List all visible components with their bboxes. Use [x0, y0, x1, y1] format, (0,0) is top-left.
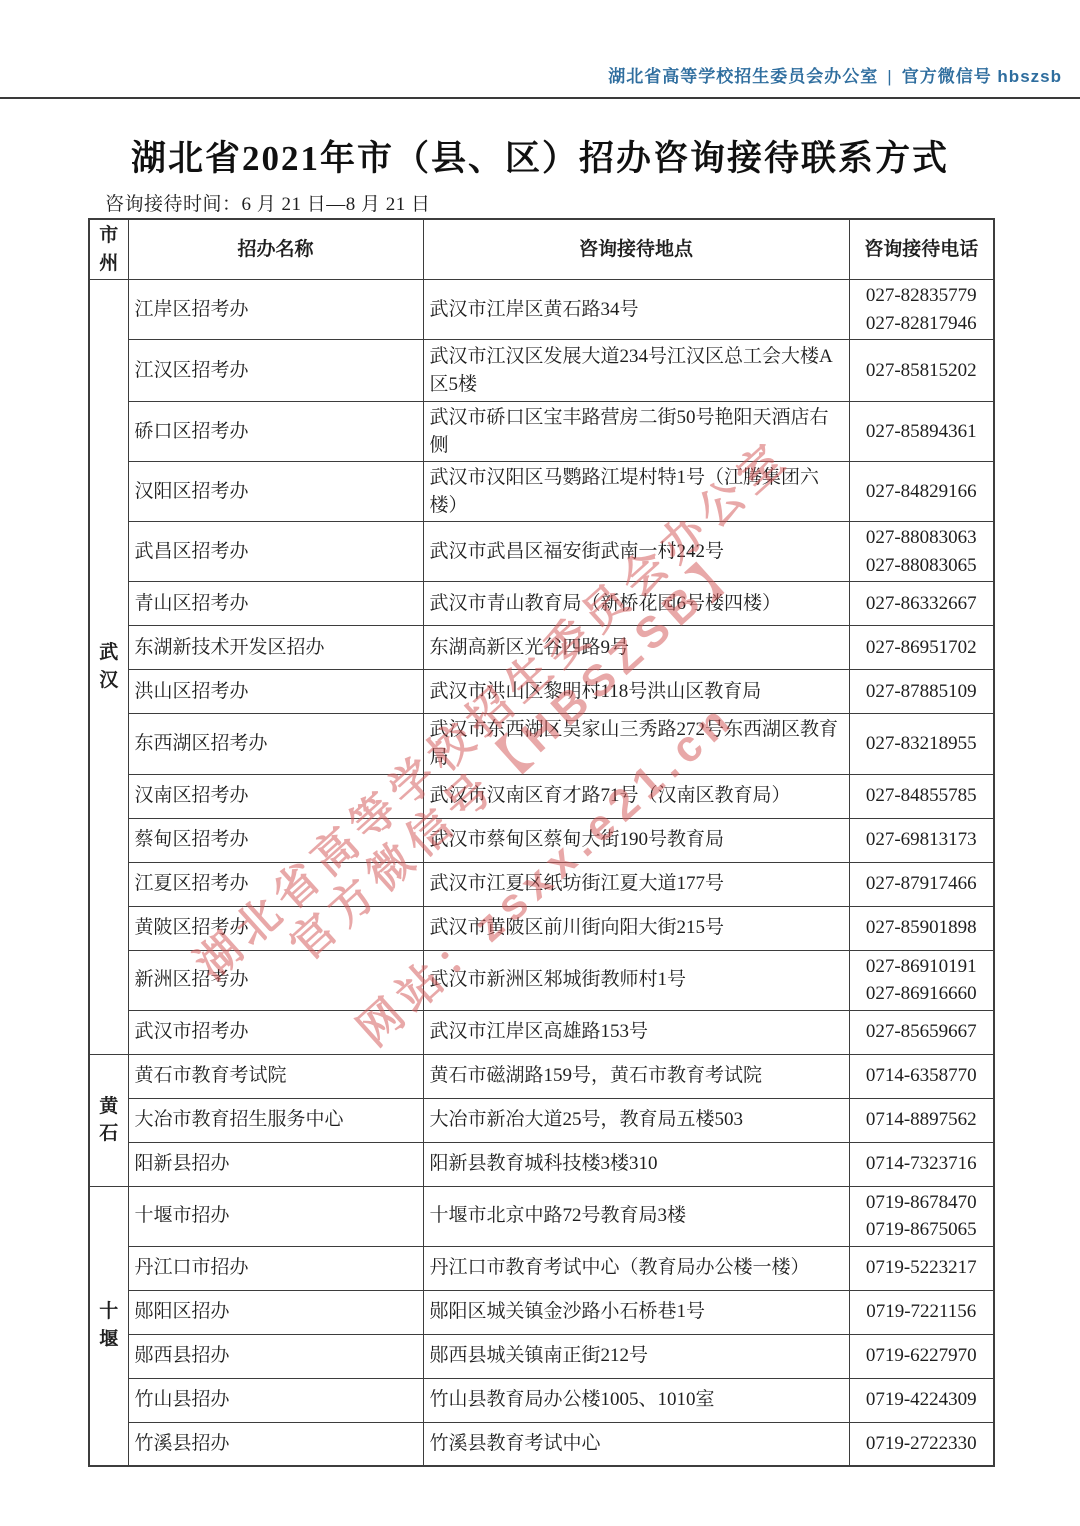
- table-row: 大冶市教育招生服务中心 大冶市新冶大道25号，教育局五楼503 0714-889…: [89, 1098, 994, 1142]
- table-row: 江汉区招考办 武汉市江汉区发展大道234号江汉区总工会大楼A区5楼 027-85…: [89, 340, 994, 402]
- phone-cell: 027-82835779 027-82817946: [849, 280, 994, 340]
- phone-cell: 0714-6358770: [849, 1054, 994, 1098]
- city-cell-wuhan: 武汉: [89, 280, 128, 1055]
- table-row: 汉南区招考办 武汉市汉南区育才路71号（汉南区教育局） 027-84855785: [89, 774, 994, 818]
- address-cell: 武汉市江岸区高雄路153号: [423, 1010, 849, 1054]
- address-cell: 郧阳区城关镇金沙路小石桥巷1号: [423, 1290, 849, 1334]
- phone-cell: 0714-8897562: [849, 1098, 994, 1142]
- phone-cell: 027-86951702: [849, 626, 994, 670]
- table-row: 十堰 十堰市招办 十堰市北京中路72号教育局3楼 0719-8678470 07…: [89, 1186, 994, 1246]
- office-cell: 竹溪县招办: [128, 1422, 423, 1466]
- phone-line: 0719-8675065: [856, 1216, 988, 1244]
- col-header-office: 招办名称: [128, 219, 423, 280]
- consultation-time: 咨询接待时间：6 月 21 日—8 月 21 日: [105, 189, 431, 216]
- col-header-phone: 咨询接待电话: [849, 219, 994, 280]
- masthead: 湖北省高等学校招生委员会办公室|官方微信号 hbszsb: [0, 62, 1062, 87]
- office-cell: 武汉市招考办: [128, 1010, 423, 1054]
- phone-cell: 027-84829166: [849, 462, 994, 522]
- office-cell: 江夏区招考办: [128, 862, 423, 906]
- office-cell: 黄陂区招考办: [128, 906, 423, 950]
- address-cell: 武汉市青山教育局（新桥花园6号楼四楼）: [423, 582, 849, 626]
- phone-cell: 027-87885109: [849, 670, 994, 714]
- address-cell: 十堰市北京中路72号教育局3楼: [423, 1186, 849, 1246]
- phone-cell: 027-87917466: [849, 862, 994, 906]
- phone-line: 027-88083065: [856, 552, 988, 580]
- phone-line: 027-86910191: [856, 953, 988, 981]
- office-cell: 郧西县招办: [128, 1334, 423, 1378]
- document-page: 湖北省高等学校招生委员会办公室|官方微信号 hbszsb 湖北省2021年市（县…: [0, 0, 1080, 1526]
- address-cell: 武汉市武昌区福安街武南一村242号: [423, 522, 849, 582]
- table-row: 东湖新技术开发区招办 东湖高新区光谷四路9号 027-86951702: [89, 626, 994, 670]
- masthead-divider: |: [887, 67, 892, 86]
- table-row: 蔡甸区招考办 武汉市蔡甸区蔡甸大街190号教育局 027-69813173: [89, 818, 994, 862]
- address-cell: 武汉市硚口区宝丰路营房二街50号艳阳天酒店右侧: [423, 402, 849, 462]
- table-row: 阳新县招办 阳新县教育城科技楼3楼310 0714-7323716: [89, 1142, 994, 1186]
- phone-cell: 027-85901898: [849, 906, 994, 950]
- address-cell: 武汉市江岸区黄石路34号: [423, 280, 849, 340]
- phone-cell: 0719-8678470 0719-8675065: [849, 1186, 994, 1246]
- masthead-wechat-label: 官方微信号 hbszsb: [902, 67, 1062, 86]
- table-row: 武汉 江岸区招考办 武汉市江岸区黄石路34号 027-82835779 027-…: [89, 280, 994, 340]
- phone-cell: 027-85894361: [849, 402, 994, 462]
- phone-cell: 027-85815202: [849, 340, 994, 402]
- phone-cell: 0719-4224309: [849, 1378, 994, 1422]
- address-cell: 武汉市黄陂区前川街向阳大街215号: [423, 906, 849, 950]
- office-cell: 阳新县招办: [128, 1142, 423, 1186]
- table-row: 东西湖区招考办 武汉市东西湖区吴家山三秀路272号东西湖区教育局 027-832…: [89, 714, 994, 774]
- phone-cell: 027-69813173: [849, 818, 994, 862]
- city-cell-shiyan: 十堰: [89, 1186, 128, 1466]
- office-cell: 黄石市教育考试院: [128, 1054, 423, 1098]
- phone-cell: 027-86332667: [849, 582, 994, 626]
- table-row: 竹溪县招办 竹溪县教育考试中心 0719-2722330: [89, 1422, 994, 1466]
- table-row: 郧阳区招办 郧阳区城关镇金沙路小石桥巷1号 0719-7221156: [89, 1290, 994, 1334]
- table-row: 硚口区招考办 武汉市硚口区宝丰路营房二街50号艳阳天酒店右侧 027-85894…: [89, 402, 994, 462]
- office-cell: 郧阳区招办: [128, 1290, 423, 1334]
- office-cell: 蔡甸区招考办: [128, 818, 423, 862]
- contact-table: 市州 招办名称 咨询接待地点 咨询接待电话 武汉 江岸区招考办 武汉市江岸区黄石…: [88, 218, 995, 1467]
- phone-cell: 027-85659667: [849, 1010, 994, 1054]
- table-row: 洪山区招考办 武汉市洪山区黎明村118号洪山区教育局 027-87885109: [89, 670, 994, 714]
- phone-cell: 0719-5223217: [849, 1246, 994, 1290]
- phone-cell: 0719-7221156: [849, 1290, 994, 1334]
- page-title: 湖北省2021年市（县、区）招办咨询接待联系方式: [0, 131, 1080, 181]
- phone-cell: 027-84855785: [849, 774, 994, 818]
- office-cell: 江岸区招考办: [128, 280, 423, 340]
- table-row: 汉阳区招考办 武汉市汉阳区马鹦路江堤村特1号（江腾集团六楼） 027-84829…: [89, 462, 994, 522]
- masthead-rule: [0, 97, 1080, 99]
- table-row: 武汉市招考办 武汉市江岸区高雄路153号 027-85659667: [89, 1010, 994, 1054]
- office-cell: 江汉区招考办: [128, 340, 423, 402]
- table-row: 竹山县招办 竹山县教育局办公楼1005、1010室 0719-4224309: [89, 1378, 994, 1422]
- table-row: 江夏区招考办 武汉市江夏区纸坊街江夏大道177号 027-87917466: [89, 862, 994, 906]
- office-cell: 硚口区招考办: [128, 402, 423, 462]
- office-cell: 汉南区招考办: [128, 774, 423, 818]
- phone-cell: 027-83218955: [849, 714, 994, 774]
- office-cell: 十堰市招办: [128, 1186, 423, 1246]
- phone-line: 027-82817946: [856, 310, 988, 338]
- address-cell: 竹山县教育局办公楼1005、1010室: [423, 1378, 849, 1422]
- address-cell: 武汉市江夏区纸坊街江夏大道177号: [423, 862, 849, 906]
- address-cell: 东湖高新区光谷四路9号: [423, 626, 849, 670]
- office-cell: 东西湖区招考办: [128, 714, 423, 774]
- office-cell: 青山区招考办: [128, 582, 423, 626]
- office-cell: 新洲区招考办: [128, 950, 423, 1010]
- phone-line: 0719-8678470: [856, 1189, 988, 1217]
- table-row: 黄石 黄石市教育考试院 黄石市磁湖路159号，黄石市教育考试院 0714-635…: [89, 1054, 994, 1098]
- office-cell: 东湖新技术开发区招办: [128, 626, 423, 670]
- table-row: 青山区招考办 武汉市青山教育局（新桥花园6号楼四楼） 027-86332667: [89, 582, 994, 626]
- office-cell: 竹山县招办: [128, 1378, 423, 1422]
- phone-cell: 0719-6227970: [849, 1334, 994, 1378]
- address-cell: 阳新县教育城科技楼3楼310: [423, 1142, 849, 1186]
- address-cell: 武汉市新洲区邾城街教师村1号: [423, 950, 849, 1010]
- table-row: 丹江口市招办 丹江口市教育考试中心（教育局办公楼一楼） 0719-5223217: [89, 1246, 994, 1290]
- address-cell: 武汉市洪山区黎明村118号洪山区教育局: [423, 670, 849, 714]
- address-cell: 黄石市磁湖路159号，黄石市教育考试院: [423, 1054, 849, 1098]
- address-cell: 丹江口市教育考试中心（教育局办公楼一楼）: [423, 1246, 849, 1290]
- col-header-city: 市州: [89, 219, 128, 280]
- address-cell: 武汉市蔡甸区蔡甸大街190号教育局: [423, 818, 849, 862]
- table-header-row: 市州 招办名称 咨询接待地点 咨询接待电话: [89, 219, 994, 280]
- table-row: 郧西县招办 郧西县城关镇南正街212号 0719-6227970: [89, 1334, 994, 1378]
- office-cell: 丹江口市招办: [128, 1246, 423, 1290]
- address-cell: 大冶市新冶大道25号，教育局五楼503: [423, 1098, 849, 1142]
- phone-cell: 027-86910191 027-86916660: [849, 950, 994, 1010]
- masthead-office-label: 湖北省高等学校招生委员会办公室: [608, 67, 878, 86]
- phone-cell: 027-88083063 027-88083065: [849, 522, 994, 582]
- address-cell: 武汉市东西湖区吴家山三秀路272号东西湖区教育局: [423, 714, 849, 774]
- phone-line: 027-82835779: [856, 282, 988, 310]
- address-cell: 竹溪县教育考试中心: [423, 1422, 849, 1466]
- table-row: 黄陂区招考办 武汉市黄陂区前川街向阳大街215号 027-85901898: [89, 906, 994, 950]
- address-cell: 武汉市江汉区发展大道234号江汉区总工会大楼A区5楼: [423, 340, 849, 402]
- city-cell-huangshi: 黄石: [89, 1054, 128, 1186]
- table-row: 新洲区招考办 武汉市新洲区邾城街教师村1号 027-86910191 027-8…: [89, 950, 994, 1010]
- address-cell: 武汉市汉南区育才路71号（汉南区教育局）: [423, 774, 849, 818]
- phone-cell: 0714-7323716: [849, 1142, 994, 1186]
- address-cell: 郧西县城关镇南正街212号: [423, 1334, 849, 1378]
- office-cell: 汉阳区招考办: [128, 462, 423, 522]
- table-row: 武昌区招考办 武汉市武昌区福安街武南一村242号 027-88083063 02…: [89, 522, 994, 582]
- address-cell: 武汉市汉阳区马鹦路江堤村特1号（江腾集团六楼）: [423, 462, 849, 522]
- office-cell: 大冶市教育招生服务中心: [128, 1098, 423, 1142]
- phone-line: 027-88083063: [856, 524, 988, 552]
- office-cell: 洪山区招考办: [128, 670, 423, 714]
- col-header-address: 咨询接待地点: [423, 219, 849, 280]
- phone-cell: 0719-2722330: [849, 1422, 994, 1466]
- phone-line: 027-86916660: [856, 980, 988, 1008]
- office-cell: 武昌区招考办: [128, 522, 423, 582]
